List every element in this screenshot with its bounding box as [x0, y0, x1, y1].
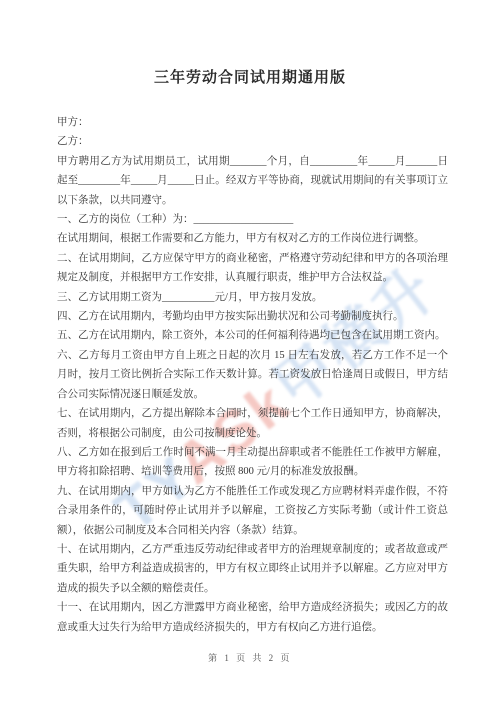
paragraph-party-b: 乙方：	[57, 132, 448, 151]
document-title: 三年劳动合同试用期通用版	[0, 66, 500, 87]
paragraph-clause-2: 二、在试用期间，乙方应保守甲方的商业秘密，严格遵守劳动纪律和甲方的各项治理规定及…	[57, 249, 448, 288]
paragraph-clause-9: 九、在试用期内，甲方如认为乙方不能胜任工作或发现乙方应聘材料弄虚作假，不符合录用…	[57, 482, 448, 540]
page-number: 第 1 页 共 2 页	[0, 651, 500, 664]
paragraph-clause-10: 十、在试用期内，乙方严重违反劳动纪律或者甲方的治理规章制度的；或者故意或严重失职…	[57, 540, 448, 598]
paragraph-clause-1-note: 在试用期间，根据工作需要和乙方能力，甲方有权对乙方的工作岗位进行调整。	[57, 229, 448, 248]
paragraph-clause-3: 三、乙方试用期工资为__________元/月，甲方按月发放。	[57, 288, 448, 307]
paragraph-clause-11: 十一、在试用期内，因乙方泄露甲方商业秘密，给甲方造成经济损失；或因乙方的故意或重…	[57, 598, 448, 637]
paragraph-clause-7: 七、在试用期内，乙方提出解除本合同时，须提前七个工作日通知甲方，协商解决，否则，…	[57, 404, 448, 443]
document-body: 甲方： 乙方： 甲方聘用乙方为试用期员工，试用期_______个月，自_____…	[57, 113, 448, 637]
paragraph-clause-8: 八、乙方如在报到后工作时间不满一月主动提出辞职或者不能胜任工作被甲方解雇，甲方将…	[57, 443, 448, 482]
paragraph-clause-4: 四、乙方在试用期内，考勤均由甲方按实际出勤状况和公司考勤制度执行。	[57, 307, 448, 326]
paragraph-clause-6: 六、乙方每月工资由甲方自上班之日起的次月 15 日左右发放，若乙方工作不足一个月…	[57, 346, 448, 404]
paragraph-intro: 甲方聘用乙方为试用期员工，试用期_______个月，自_________年___…	[57, 152, 448, 210]
paragraph-clause-1: 一、乙方的岗位（工种）为：___________________	[57, 210, 448, 229]
document-page: TYASk甲横升 三年劳动合同试用期通用版 甲方： 乙方： 甲方聘用乙方为试用期…	[0, 0, 500, 706]
paragraph-clause-5: 五、乙方在试用期内，除工资外，本公司的任何福利待遇均已包含在试用期工资内。	[57, 326, 448, 345]
paragraph-party-a: 甲方：	[57, 113, 448, 132]
